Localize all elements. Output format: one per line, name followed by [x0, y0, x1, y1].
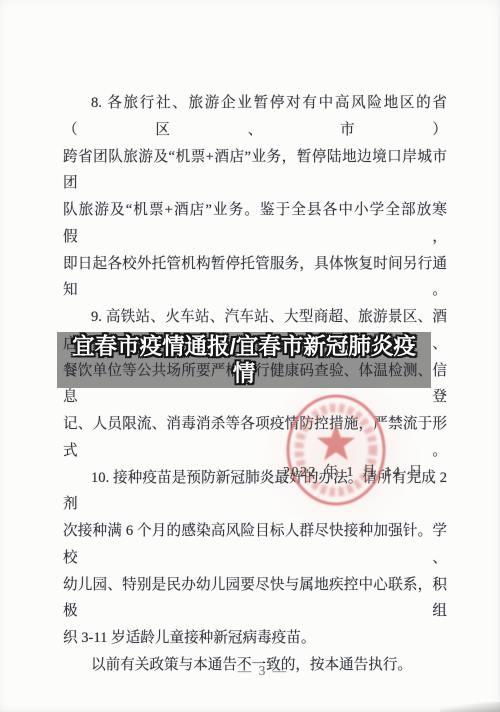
- scanned-document-page: 8. 各旅行社、旅游企业暂停对有中高风险地区的省（区、市） 跨省团队旅游及“机票…: [0, 0, 500, 712]
- document-text-line: 幼儿园、特别是民办幼儿园要尽快与属地疾控中心联系，积极组: [63, 572, 447, 626]
- document-date: 2022 年 1 月 14 日: [283, 461, 424, 481]
- document-text-line: 织 3-11 岁适龄儿童接种新冠病毒疫苗。: [63, 625, 447, 652]
- scan-corner-shadow: [440, 702, 500, 712]
- document-text-line: 即日起各校外托管机构暂停托管服务，具体恢复时间另行通知。: [63, 251, 447, 305]
- document-text-line: 次接种满 6 个月的感染高风险目标人群尽快接种加强针。学校、: [63, 518, 447, 572]
- document-text-line: 跨省团队旅游及“机票+酒店”业务，暂停陆地边境口岸城市团: [63, 144, 447, 198]
- overlay-title-line2: 情: [233, 360, 256, 387]
- document-text-line: 队旅游及“机票+酒店”业务。鉴于全县各中小学全部放寒假，: [63, 197, 447, 251]
- title-overlay: 宜春市疫情通报/宜春市新冠肺炎疫 情: [57, 332, 431, 388]
- page-number: — 3 —: [0, 663, 500, 679]
- overlay-title-line1: 宜春市疫情通报/宜春市新冠肺炎疫: [72, 333, 416, 360]
- official-seal-stamp: [284, 394, 390, 512]
- star-icon: [317, 424, 355, 460]
- document-text-line: 8. 各旅行社、旅游企业暂停对有中高风险地区的省（区、市）: [63, 90, 447, 144]
